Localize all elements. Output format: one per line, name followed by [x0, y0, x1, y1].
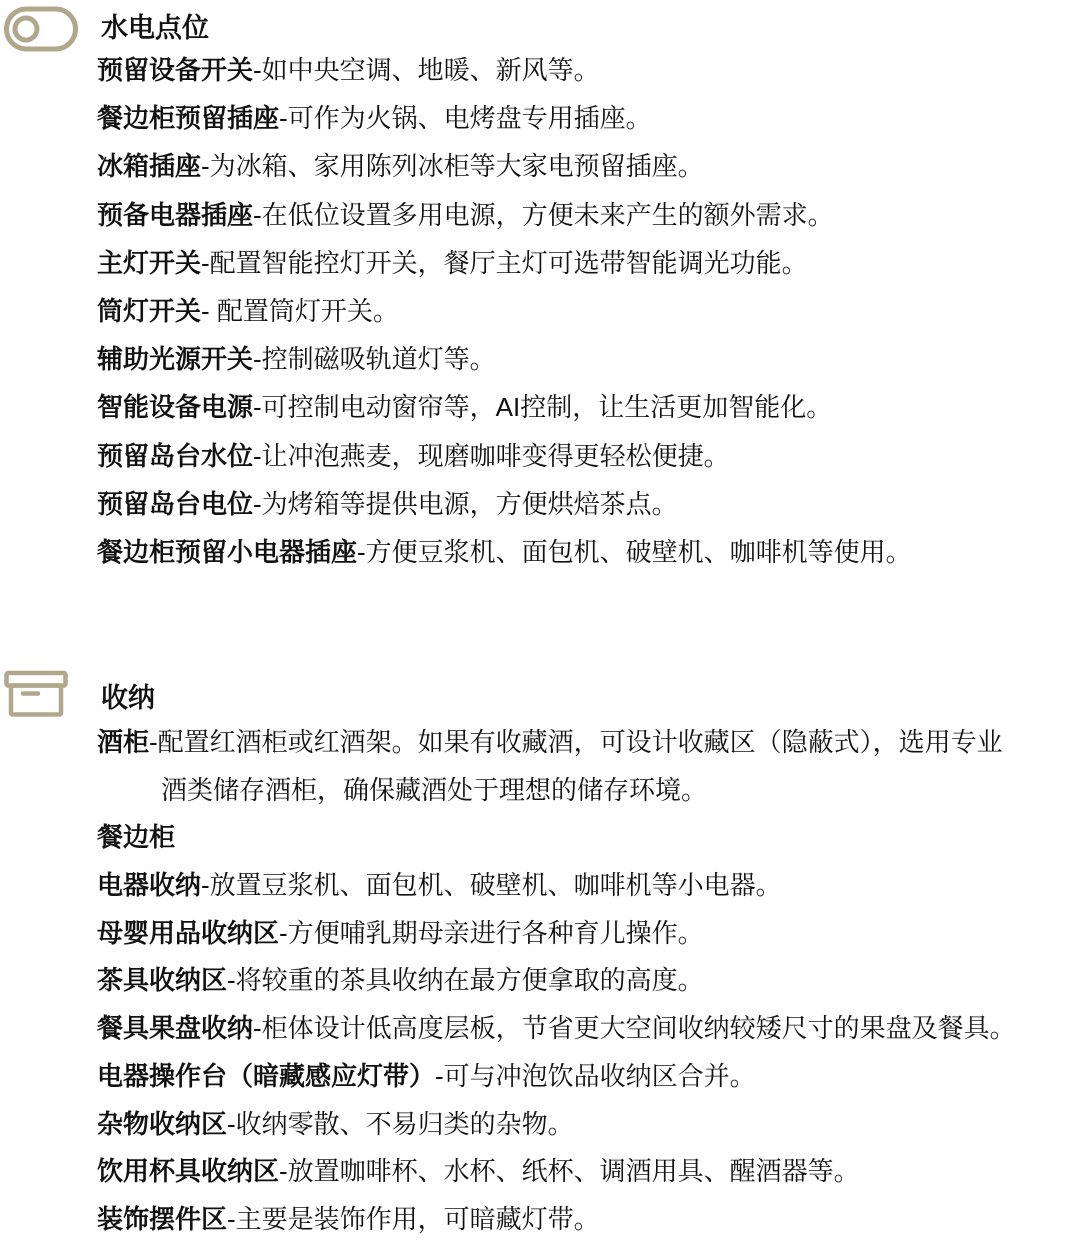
list-item: 主灯开关-配置智能控灯开关，餐厅主灯可选带智能调光功能。 — [97, 239, 1080, 287]
item-list: 酒柜-配置红酒柜或红酒架。如果有收藏酒，可设计收藏区（隐蔽式），选用专业酒类储存… — [97, 719, 1080, 1243]
list-item: 餐具果盘收纳-柜体设计低高度层板，节省更大空间收纳较矮尺寸的果盘及餐具。 — [97, 1005, 1080, 1053]
item-term: 预留岛台电位 — [97, 489, 253, 519]
item-term: 餐边柜预留插座 — [97, 103, 279, 133]
item-term: 主灯开关 — [97, 248, 201, 278]
list-item: 饮用杯具收纳区-放置咖啡杯、水杯、纸杯、调酒用具、醒酒器等。 — [97, 1148, 1080, 1196]
item-desc: -控制磁吸轨道灯等。 — [253, 344, 496, 374]
list-item: 餐边柜预留小电器插座-方便豆浆机、面包机、破壁机、咖啡机等使用。 — [97, 528, 1080, 576]
list-item: 茶具收纳区-将较重的茶具收纳在最方便拿取的高度。 — [97, 957, 1080, 1005]
item-term: 电器收纳 — [97, 870, 201, 900]
item-desc: -如中央空调、地暖、新风等。 — [253, 55, 600, 85]
item-desc: -可与冲泡饮品收纳区合并。 — [435, 1061, 756, 1091]
storage-box-icon — [4, 670, 70, 723]
list-item: 智能设备电源-可控制电动窗帘等，AI控制，让生活更加智能化。 — [97, 383, 1080, 431]
item-term: 母婴用品收纳区 — [97, 918, 279, 948]
item-desc: -柜体设计低高度层板，节省更大空间收纳较矮尺寸的果盘及餐具。 — [253, 1013, 1016, 1043]
list-item: 餐边柜预留插座-可作为火锅、电烤盘专用插座。 — [97, 94, 1080, 142]
item-term: 餐具果盘收纳 — [97, 1013, 253, 1043]
item-term: 智能设备电源 — [97, 392, 253, 422]
item-term: 预留设备开关 — [97, 55, 253, 85]
item-desc: -方便豆浆机、面包机、破壁机、咖啡机等使用。 — [357, 537, 912, 567]
item-term: 装饰摆件区 — [97, 1204, 227, 1234]
list-item: 辅助光源开关-控制磁吸轨道灯等。 — [97, 335, 1080, 383]
item-desc: -可控制电动窗帘等，AI控制，让生活更加智能化。 — [253, 392, 832, 422]
list-item: 酒柜-配置红酒柜或红酒架。如果有收藏酒，可设计收藏区（隐蔽式），选用专业 — [97, 719, 1080, 767]
list-item: 装饰摆件区-主要是装饰作用，可暗藏灯带。 — [97, 1196, 1080, 1243]
list-item: 预留岛台电位-为烤箱等提供电源，方便烘焙茶点。 — [97, 480, 1080, 528]
list-item: 电器操作台（暗藏感应灯带）-可与冲泡饮品收纳区合并。 — [97, 1053, 1080, 1101]
item-desc: -将较重的茶具收纳在最方便拿取的高度。 — [227, 965, 704, 995]
section-title: 收纳 — [101, 681, 155, 715]
item-desc: -可作为火锅、电烤盘专用插座。 — [279, 103, 652, 133]
item-term: 辅助光源开关 — [97, 344, 253, 374]
list-item: 电器收纳-放置豆浆机、面包机、破壁机、咖啡机等小电器。 — [97, 862, 1080, 910]
item-term: 筒灯开关 — [97, 296, 201, 326]
item-term: 餐边柜预留小电器插座 — [97, 537, 357, 567]
item-desc: -主要是装饰作用，可暗藏灯带。 — [227, 1204, 600, 1234]
item-desc: -放置咖啡杯、水杯、纸杯、调酒用具、醒酒器等。 — [279, 1156, 860, 1186]
list-item: 餐边柜 — [97, 814, 1080, 862]
item-desc: -配置红酒柜或红酒架。如果有收藏酒，可设计收藏区（隐蔽式），选用专业 — [149, 727, 1003, 757]
item-desc: -在低位设置多用电源，方便未来产生的额外需求。 — [253, 200, 834, 230]
item-desc: -方便哺乳期母亲进行各种育儿操作。 — [279, 918, 704, 948]
item-desc: -放置豆浆机、面包机、破壁机、咖啡机等小电器。 — [201, 870, 782, 900]
item-term: 冰箱插座 — [97, 151, 201, 181]
item-desc: -配置智能控灯开关，餐厅主灯可选带智能调光功能。 — [201, 248, 808, 278]
item-term: 电器操作台（暗藏感应灯带） — [97, 1061, 435, 1091]
section-title: 水电点位 — [101, 11, 209, 45]
item-term: 茶具收纳区 — [97, 965, 227, 995]
item-desc: -让冲泡燕麦，现磨咖啡变得更轻松便捷。 — [253, 441, 730, 471]
item-term: 餐边柜 — [97, 822, 175, 852]
item-term: 饮用杯具收纳区 — [97, 1156, 279, 1186]
item-desc: - 配置筒灯开关。 — [201, 296, 399, 326]
item-term: 预备电器插座 — [97, 200, 253, 230]
item-desc: -为冰箱、家用陈列冰柜等大家电预留插座。 — [201, 151, 704, 181]
list-item: 冰箱插座-为冰箱、家用陈列冰柜等大家电预留插座。 — [97, 142, 1080, 190]
item-desc: -为烤箱等提供电源，方便烘焙茶点。 — [253, 489, 678, 519]
item-term: 杂物收纳区 — [97, 1109, 227, 1139]
toggle-switch-icon — [4, 6, 78, 57]
list-item: 母婴用品收纳区-方便哺乳期母亲进行各种育儿操作。 — [97, 910, 1080, 958]
list-item: 杂物收纳区-收纳零散、不易归类的杂物。 — [97, 1101, 1080, 1149]
list-item-continuation: 酒类储存酒柜，确保藏酒处于理想的储存环境。 — [97, 767, 1080, 815]
list-item: 预备电器插座-在低位设置多用电源，方便未来产生的额外需求。 — [97, 191, 1080, 239]
list-item: 预留岛台水位-让冲泡燕麦，现磨咖啡变得更轻松便捷。 — [97, 432, 1080, 480]
list-item: 预留设备开关-如中央空调、地暖、新风等。 — [97, 46, 1080, 94]
list-item: 筒灯开关- 配置筒灯开关。 — [97, 287, 1080, 335]
item-list: 预留设备开关-如中央空调、地暖、新风等。餐边柜预留插座-可作为火锅、电烤盘专用插… — [97, 46, 1080, 576]
item-term: 预留岛台水位 — [97, 441, 253, 471]
item-term: 酒柜 — [97, 727, 149, 757]
item-desc: -收纳零散、不易归类的杂物。 — [227, 1109, 574, 1139]
